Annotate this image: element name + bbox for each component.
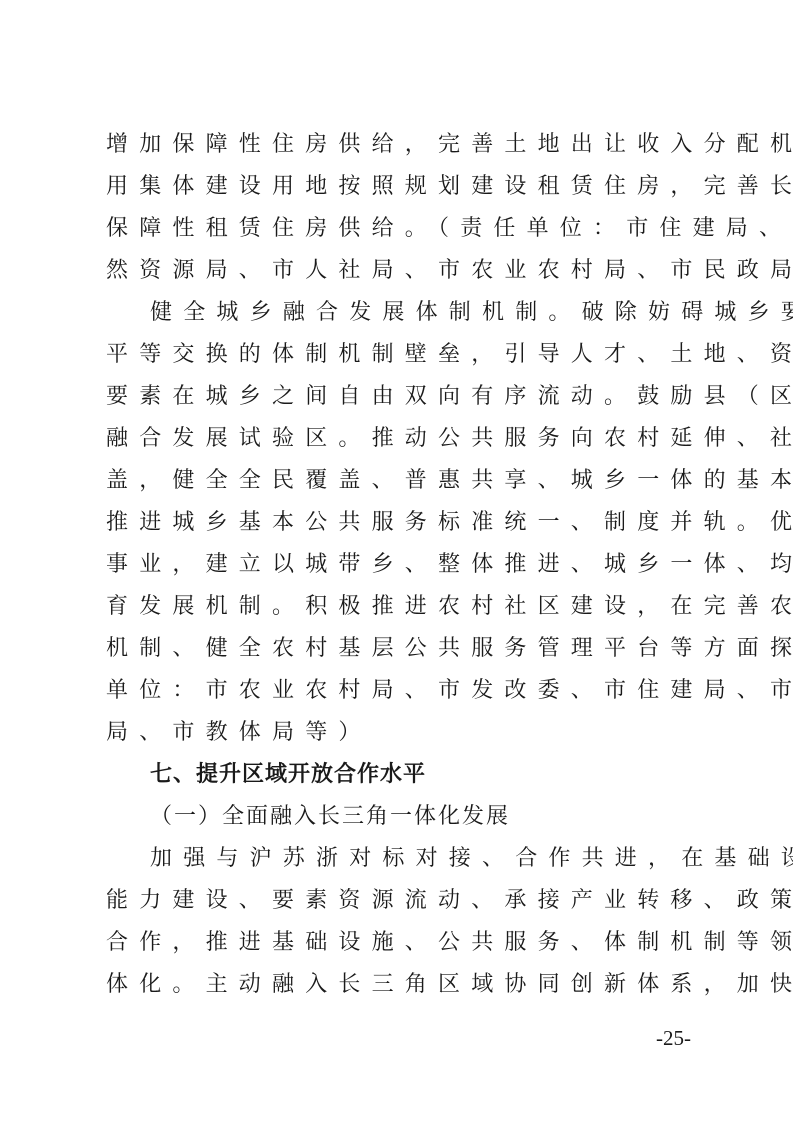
subsection-heading: （一）全面融入长三角一体化发展 [106,796,706,838]
text-line: 体化。主动融入长三角区域协同创新体系，加快呼应沪宁合产业 [106,964,706,1006]
document-page: 增加保障性住房供给，完善土地出让收入分配机制，探索支持利 用集体建设用地按照规划… [106,124,706,1006]
text-line: 融合发展试验区。推动公共服务向农村延伸、社会事业向农村覆 [106,418,706,460]
text-line: 用集体建设用地按照规划建设租赁住房，完善长租房政策，扩大 [106,166,706,208]
text-line: 要素在城乡之间自由双向有序流动。鼓励县（区）积极争创城乡 [106,376,706,418]
paragraph-first-line: 加强与沪苏浙对标对接、合作共进，在基础设施联通、创新 [106,838,706,880]
text-line: 增加保障性住房供给，完善土地出让收入分配机制，探索支持利 [106,124,706,166]
text-line: 保障性租赁住房供给。（责任单位：市住建局、市公安局、市自 [106,208,706,250]
text-line: 局、市教体局等） [106,712,706,754]
text-line: 然资源局、市人社局、市农业农村局、市民政局、市财政局等） [106,250,706,292]
paragraph-first-line: 健全城乡融合发展体制机制。破除妨碍城乡要素自由流动和 [106,292,706,334]
text-line: 平等交换的体制机制壁垒，引导人才、土地、资金、技术等生产 [106,334,706,376]
text-line: 盖，健全全民覆盖、普惠共享、城乡一体的基本公共服务体系， [106,460,706,502]
text-line: 单位：市农业农村局、市发改委、市住建局、市民政局、市人社 [106,670,706,712]
text-line: 机制、健全农村基层公共服务管理平台等方面探索试点。（责任 [106,628,706,670]
text-line: 育发展机制。积极推进农村社区建设，在完善农村社区共建共享 [106,586,706,628]
text-line: 合作，推进基础设施、公共服务、体制机制等领域等高对接和一 [106,922,706,964]
section-heading: 七、提升区域开放合作水平 [106,754,706,796]
text-line: 能力建设、要素资源流动、承接产业转移、政策协同等领域深度 [106,880,706,922]
text-line: 事业，建立以城带乡、整体推进、城乡一体、均衡发展的义务教 [106,544,706,586]
text-line: 推进城乡基本公共服务标准统一、制度并轨。优先发展农村教育 [106,502,706,544]
page-number: -25- [656,1026,691,1051]
